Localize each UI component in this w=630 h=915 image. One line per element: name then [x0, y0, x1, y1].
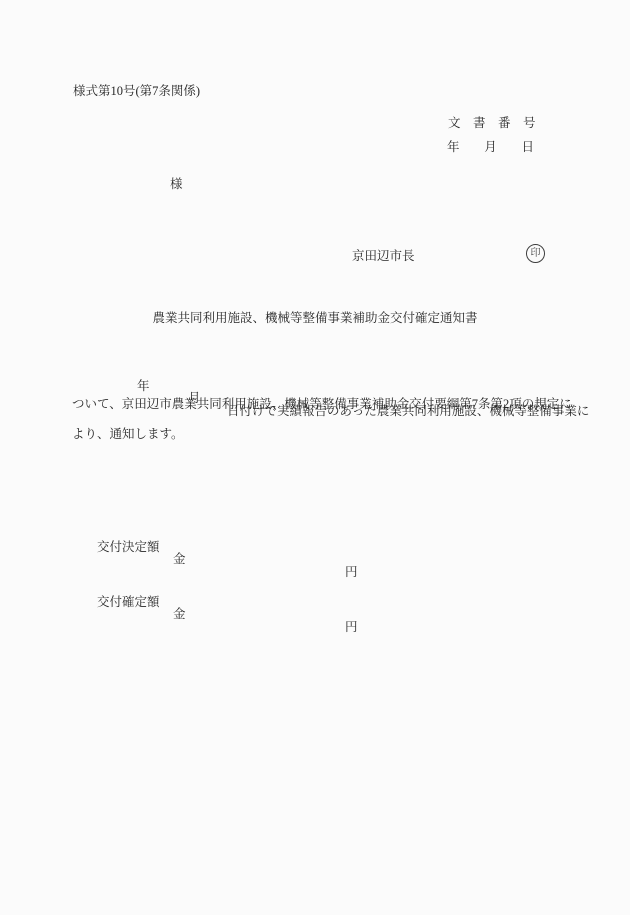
date-day-label: 日 [521, 141, 534, 154]
doc-number-label: 文 書 番 号 [448, 117, 536, 130]
grant-decision-unit: 円 [345, 566, 358, 579]
grant-confirmed-amount-label: 交付確定額 [97, 596, 160, 609]
grant-confirmed-currency-prefix: 金 [173, 608, 186, 621]
body-line-3: より、通知します。 [72, 428, 184, 441]
date-month-label: 月 [484, 141, 497, 154]
date-year-label: 年 [447, 141, 460, 154]
body-line-2: ついて、京田辺市農業共同利用施設、機械等整備事業補助金交付要綱第7条第2項の規定… [72, 398, 572, 411]
grant-decision-currency-prefix: 金 [173, 553, 186, 566]
grant-confirmed-unit: 円 [345, 621, 358, 634]
document-title: 農業共同利用施設、機械等整備事業補助金交付確定通知書 [0, 312, 630, 325]
seal-icon: 印 [526, 244, 545, 263]
body-year-label: 年 [137, 380, 150, 393]
date-line: 年 月 日 [447, 141, 534, 154]
form-number: 様式第10号(第7条関係) [73, 85, 200, 98]
grant-decision-amount-label: 交付決定額 [97, 541, 160, 554]
document-page: 様式第10号(第7条関係) 文 書 番 号 年 月 日 様 京田辺市長 印 農業… [0, 0, 630, 915]
sender-name: 京田辺市長 [352, 250, 415, 263]
seal-character: 印 [531, 249, 541, 259]
addressee-honorific: 様 [170, 178, 183, 191]
